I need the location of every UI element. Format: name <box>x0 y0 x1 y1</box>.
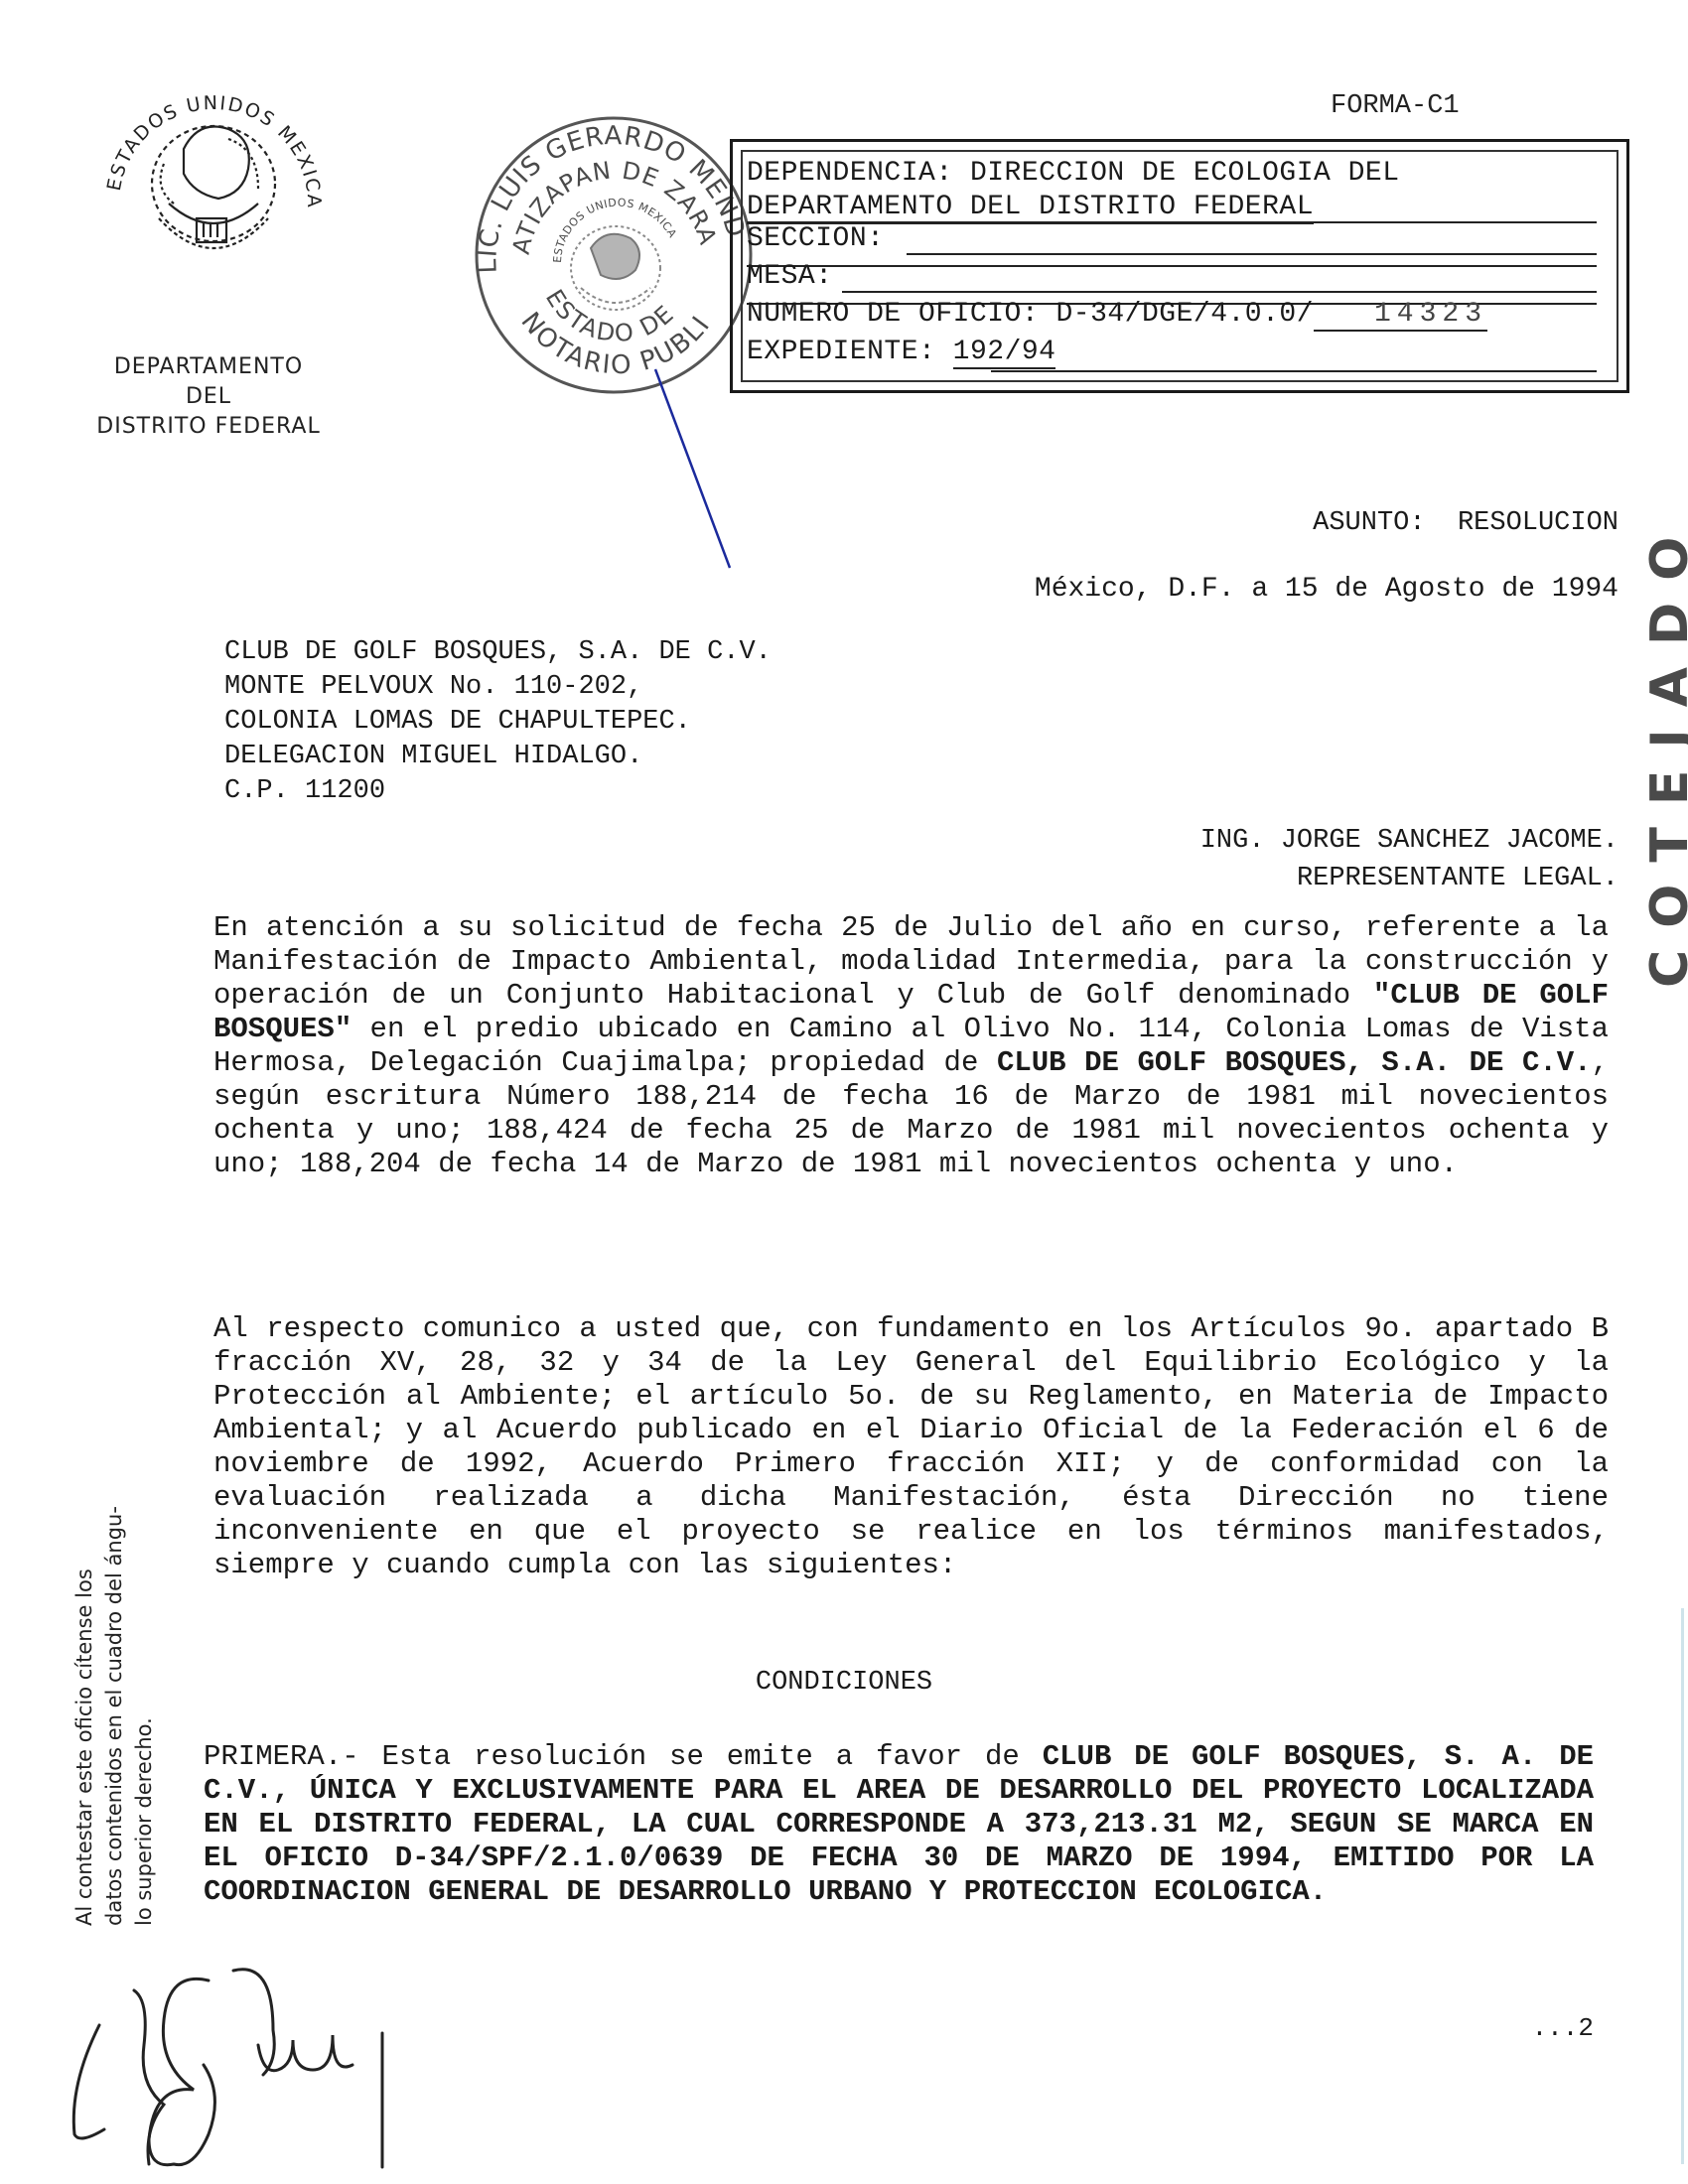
svg-text:lo superior derecho.: lo superior derecho. <box>132 1717 156 1926</box>
expediente-row: EXPEDIENTE: 192/94 <box>747 337 1055 367</box>
dependencia-label: DEPENDENCIA: <box>747 158 953 189</box>
attention-name: ING. JORGE SANCHEZ JACOME. <box>1200 822 1618 860</box>
subject-value: RESOLUCION <box>1458 508 1618 538</box>
mesa-line <box>842 291 1597 293</box>
dependencia-value-line2: DEPARTAMENTO DEL DISTRITO FEDERAL <box>747 192 1314 224</box>
national-crest-icon: ESTADOS UNIDOS MEXICANOS <box>89 55 338 303</box>
address-line: COLONIA LOMAS DE CHAPULTEPEC. <box>224 705 772 740</box>
department-line: DISTRITO FEDERAL <box>79 412 338 442</box>
cotejado-stamp: COTEJADO <box>1643 437 1688 993</box>
attention-title: REPRESENTANTE LEGAL. <box>1200 860 1618 897</box>
page-continuation: ...2 <box>1532 2013 1594 2043</box>
svg-text:datos contenidos en el cuadro: datos contenidos en el cuadro del ángu- <box>102 1506 126 1926</box>
oficio-label: NUMERO DE OFICIO: <box>747 299 1039 330</box>
oficio-prefix: D-34/DGE/4.0.0/ <box>1055 299 1314 330</box>
condition-primera: PRIMERA.- Esta resolución se emite a fav… <box>204 1740 1594 1909</box>
form-code: FORMA-C1 <box>1331 91 1460 121</box>
scan-edge <box>1681 1608 1684 2164</box>
margin-instruction-note: Al contestar este oficio cítense los dat… <box>60 1410 169 1936</box>
seccion-row: SECCION: <box>747 223 884 254</box>
svg-text:Al contestar este oficio cíten: Al contestar este oficio cítense los <box>72 1569 96 1926</box>
condition-lead: PRIMERA.- Esta resolución se emite a fav… <box>204 1740 1043 1773</box>
department-line: DEL <box>79 382 338 412</box>
body-paragraph-1: En atención a su solicitud de fecha 25 d… <box>213 911 1609 1181</box>
recipient-address: CLUB DE GOLF BOSQUES, S.A. DE C.V. MONTE… <box>224 635 772 809</box>
oficio-number: 14323 <box>1314 299 1487 332</box>
expediente-line <box>991 370 1597 372</box>
expediente-label: EXPEDIENTE: <box>747 337 935 367</box>
department-line: DEPARTAMENTO <box>79 352 338 382</box>
address-line: DELEGACION MIGUEL HIDALGO. <box>224 740 772 774</box>
subject-line: ASUNTO: RESOLUCION <box>1313 508 1618 538</box>
reference-box: DEPENDENCIA: DIRECCION DE ECOLOGIA DEL D… <box>730 139 1629 393</box>
mesa-row: MESA: <box>747 261 833 292</box>
divider <box>747 265 1597 267</box>
dependencia-row-2: DEPARTAMENTO DEL DISTRITO FEDERAL <box>747 192 1314 222</box>
seccion-line <box>907 253 1597 255</box>
signature-icon <box>60 1946 516 2174</box>
department-name: DEPARTAMENTO DEL DISTRITO FEDERAL <box>79 352 338 442</box>
company-name: CLUB DE GOLF BOSQUES, S.A. DE C.V. <box>997 1046 1592 1079</box>
document-page: ESTADOS UNIDOS MEXICANOS DEPARTAMENTO DE… <box>0 0 1688 2184</box>
svg-text:ESTADOS UNIDOS MEXICANOS: ESTADOS UNIDOS MEXICANOS <box>89 55 325 209</box>
dependencia-row: DEPENDENCIA: DIRECCION DE ECOLOGIA DEL <box>747 158 1400 189</box>
conditions-heading: CONDICIONES <box>0 1668 1688 1698</box>
svg-text:COTEJADO: COTEJADO <box>1643 515 1688 988</box>
seccion-label: SECCION: <box>747 223 884 254</box>
notary-seal-icon: LIC. LUIS GERARDO MENDOZA POWELL ATIZAPA… <box>467 104 755 402</box>
oficio-row: NUMERO DE OFICIO: D-34/DGE/4.0.0/14323 <box>747 299 1487 332</box>
body-paragraph-2: Al respecto comunico a usted que, con fu… <box>213 1312 1609 1582</box>
subject-label: ASUNTO: <box>1313 508 1425 538</box>
address-line: MONTE PELVOUX No. 110-202, <box>224 670 772 705</box>
address-line: CLUB DE GOLF BOSQUES, S.A. DE C.V. <box>224 635 772 670</box>
attention-block: ING. JORGE SANCHEZ JACOME. REPRESENTANTE… <box>1200 822 1618 897</box>
address-line: C.P. 11200 <box>224 774 772 809</box>
dependencia-value: DIRECCION DE ECOLOGIA DEL <box>970 158 1400 189</box>
mesa-label: MESA: <box>747 261 833 292</box>
date-line: México, D.F. a 15 de Agosto de 1994 <box>1035 574 1618 605</box>
expediente-value: 192/94 <box>953 337 1056 369</box>
